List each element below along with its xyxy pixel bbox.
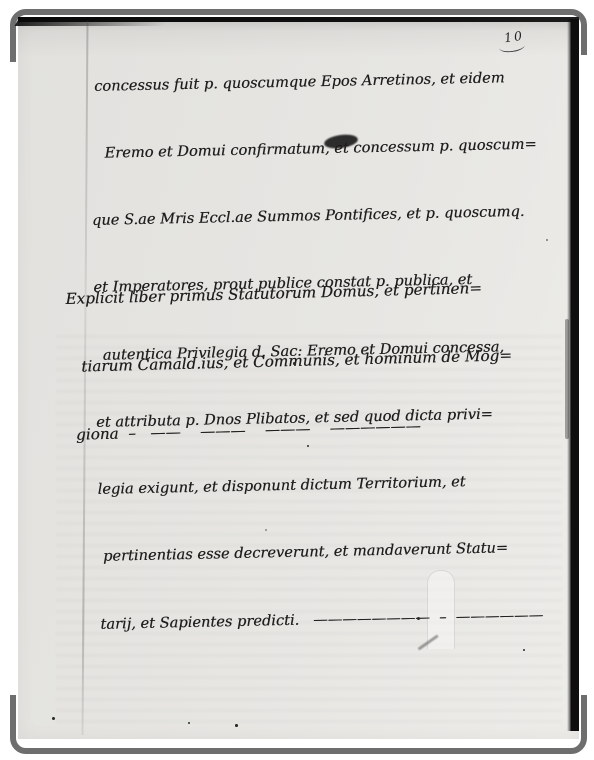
manuscript-line: Explicit liber primus Statutorum Domus, … [65, 277, 510, 311]
manuscript-line: giona – —— ——— ——— —————— [76, 412, 514, 446]
paper-speck [523, 649, 525, 651]
manuscript-line: concessus fuit p. quoscumque Epos Arreti… [94, 66, 536, 98]
manuscript-line: Eremo et Domui confirmatum, et concessum… [104, 134, 537, 165]
scanned-document-viewer: { "document": { "page_number": "10", "bo… [0, 0, 594, 760]
explicit-paragraph: Explicit liber primus Statutorum Domus, … [64, 231, 515, 491]
page-gutter-shadow [567, 19, 579, 731]
paper-speck [52, 717, 55, 720]
paper-speck [417, 617, 420, 620]
manuscript-page: 10 concessus fuit p. quoscumque Epos Arr… [18, 17, 579, 739]
manuscript-line: que S.ae Mris Eccl.ae Summos Pontifices,… [92, 201, 539, 233]
manuscript-line: tarij, et Sapientes predicti. ———————— –… [100, 604, 547, 636]
manuscript-line: tiarum Camald.ius, et Communis, et homin… [81, 344, 512, 378]
paper-speck [265, 529, 267, 531]
frame-side-mask-right [580, 55, 594, 695]
paper-speck [546, 239, 548, 241]
paper-speck [293, 362, 296, 365]
paper-speck [188, 722, 190, 724]
paper-speck [235, 724, 238, 727]
paper-speck [307, 445, 309, 447]
manuscript-line: pertinentias esse decreverunt, et mandav… [103, 537, 546, 569]
page-top-edge-wedge [15, 20, 168, 26]
